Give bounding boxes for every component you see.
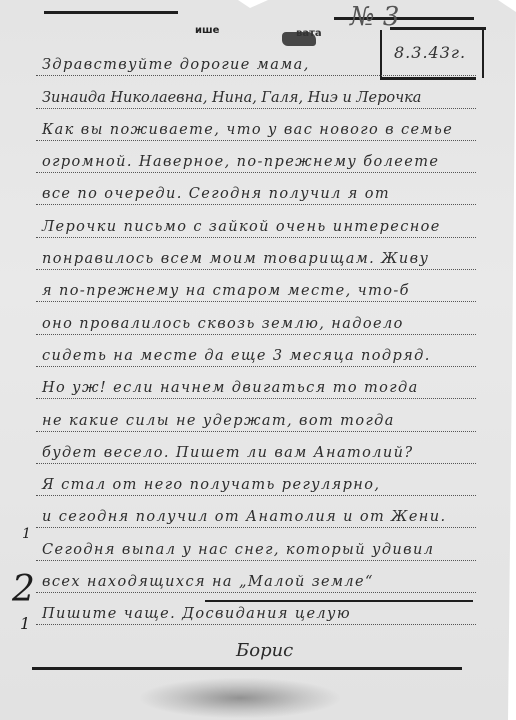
letter-line-text: Сегодня выпал у нас снег, который удивил xyxy=(42,542,434,558)
letter-line-text: будет весело. Пишет ли вам Анатолий? xyxy=(42,445,414,461)
letter-line-text: огромной. Наверное, по-прежнему болеете xyxy=(42,154,439,170)
letter-line: и сегодня получил от Анатолия и от Жени. xyxy=(36,496,476,528)
letter-line: Но уж! если начнем двигаться то тогда xyxy=(36,367,476,399)
letter-line: Как вы поживаете, что у вас нового в сем… xyxy=(36,109,476,141)
letter-line-text: Зинаида Николаевна, Нина, Галя, Ниэ и Ле… xyxy=(42,90,421,106)
margin-mark: 1 xyxy=(20,614,30,633)
letter-line: Пишите чаще. Досвидания целую xyxy=(36,593,476,625)
form-label-right: вата xyxy=(296,28,322,39)
letter-line: всех находящихся на „Малой земле“ xyxy=(36,561,476,593)
letter-line: я по-прежнему на старом месте, что-б xyxy=(36,270,476,302)
letter-line: Лерочки письмо с зайкой очень интересное xyxy=(36,205,476,237)
letter-line: будет весело. Пишет ли вам Анатолий? xyxy=(36,432,476,464)
form-label-left: ише xyxy=(195,25,219,36)
letter-line-text: Лерочки письмо с зайкой очень интересное xyxy=(42,219,441,235)
letter-line: понравилось всем моим товарищам. Живу xyxy=(36,238,476,270)
letter-line-text: я по-прежнему на старом месте, что-б xyxy=(42,283,410,299)
emphasis-underline xyxy=(205,600,473,602)
margin-mark: 1 xyxy=(22,526,31,542)
margin-mark: 2 xyxy=(12,572,35,608)
letter-line-text: Здравствуйте дорогие мама, xyxy=(42,57,310,73)
letter-line-text: сидеть на месте да еще 3 месяца подряд. xyxy=(42,348,431,364)
letter-line-text: все по очереди. Сегодня получил я от xyxy=(42,186,390,202)
letter-line: Здравствуйте дорогие мама, xyxy=(36,44,476,76)
letter-line: оно провалилось сквозь землю, надоело xyxy=(36,302,476,334)
letter-line: не какие силы не удержат, вот тогда xyxy=(36,399,476,431)
letter-line: сидеть на месте да еще 3 месяца подряд. xyxy=(36,335,476,367)
bottom-rule xyxy=(32,667,462,670)
letter-line-text: понравилось всем моим товарищам. Живу xyxy=(42,251,429,267)
letter-line: Зинаида Николаевна, Нина, Галя, Ниэ и Ле… xyxy=(36,76,476,108)
letter-line-text: не какие силы не удержат, вот тогда xyxy=(42,413,395,429)
top-left-rule xyxy=(44,11,178,14)
letter-line: Сегодня выпал у нас снег, который удивил xyxy=(36,528,476,560)
letter-line-text: всех находящихся на „Малой земле“ xyxy=(42,574,374,590)
letter-line: все по очереди. Сегодня получил я от xyxy=(36,173,476,205)
letter-line-text: и сегодня получил от Анатолия и от Жени. xyxy=(42,509,447,525)
letter-line: огромной. Наверное, по-прежнему болеете xyxy=(36,141,476,173)
letter-line-text: Как вы поживаете, что у вас нового в сем… xyxy=(42,122,453,138)
letter-line-text: Но уж! если начнем двигаться то тогда xyxy=(42,380,419,396)
letter-body: Здравствуйте дорогие мама,Зинаида Никола… xyxy=(0,44,516,625)
letter-sheet: ише вата № 3 8.3.43г. Здравствуйте дорог… xyxy=(0,0,516,720)
signature: Борис xyxy=(236,640,293,661)
letter-line-text: Пишите чаще. Досвидания целую xyxy=(42,606,351,622)
letter-line: Я стал от него получать регулярно, xyxy=(36,464,476,496)
letter-line-text: оно провалилось сквозь землю, надоело xyxy=(42,316,404,332)
smudge xyxy=(140,678,340,718)
letter-line-text: Я стал от него получать регулярно, xyxy=(42,477,380,493)
